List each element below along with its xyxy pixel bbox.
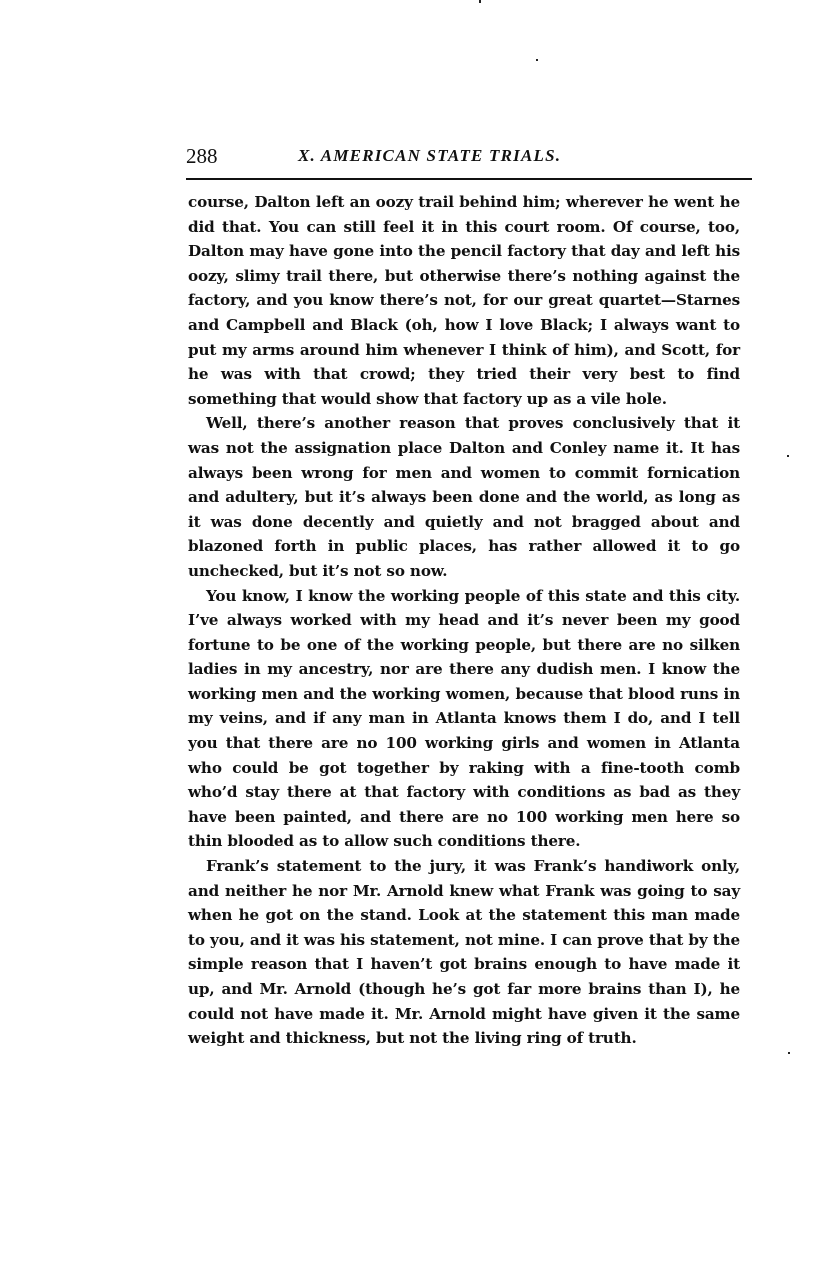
paragraph: You know, I know the working people of t…	[188, 584, 740, 855]
paragraph: Frank’s statement to the jury, it was Fr…	[188, 854, 740, 1051]
scan-speck	[787, 455, 789, 457]
scan-speck	[479, 0, 481, 3]
paragraph: Well, there’s another reason that proves…	[188, 411, 740, 583]
page-number: 288	[186, 144, 218, 169]
paragraph: course, Dalton left an oozy trail behind…	[188, 190, 740, 411]
scanned-book-page: 288 X. AMERICAN STATE TRIALS. course, Da…	[0, 0, 836, 1284]
running-title: X. AMERICAN STATE TRIALS.	[298, 146, 561, 166]
header-rule	[186, 178, 752, 180]
page-header: 288 X. AMERICAN STATE TRIALS.	[186, 144, 752, 174]
body-text: course, Dalton left an oozy trail behind…	[188, 190, 740, 1051]
scan-speck	[536, 59, 538, 61]
scan-speck	[788, 1052, 790, 1054]
